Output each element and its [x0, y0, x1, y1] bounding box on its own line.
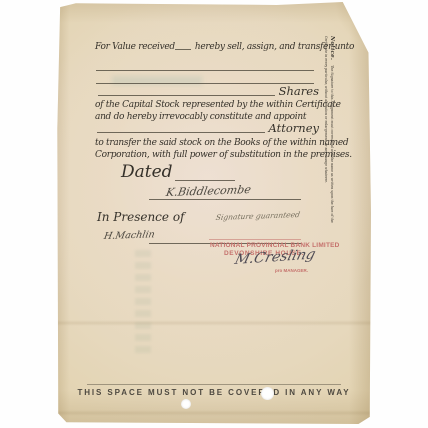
shares-line: Shares — [98, 84, 319, 98]
notice-body: The Signature to this Assignment must co… — [324, 36, 334, 223]
punch-hole — [181, 399, 191, 409]
line-corporation: Corporation, with full power of substitu… — [95, 150, 352, 160]
crease-line — [57, 320, 371, 326]
line-certificate: of the Capital Stock represented by the … — [95, 100, 341, 110]
witness-signature: H.Machlin — [103, 229, 156, 242]
margin-notice: Notice. The Signature to this Assignment… — [318, 36, 335, 232]
blank-rule — [97, 132, 265, 133]
punch-hole — [261, 387, 274, 400]
guarantee-note: Signature guaranteed — [215, 210, 301, 222]
presence-label: In Presence of — [97, 210, 185, 224]
attorney-label: Attorney — [269, 121, 319, 135]
scan-page: { "document_type": "stock-certificate-tr… — [0, 0, 428, 428]
stamp-top-line — [209, 239, 301, 240]
blank-rule — [98, 95, 275, 96]
attorney-line: Attorney — [97, 121, 319, 135]
stamp-bank-line: NATIONAL PROVINCIAL BANK LIMITED — [210, 242, 340, 249]
blank-rule — [96, 70, 314, 71]
value-received-prefix: For Value received — [95, 42, 175, 52]
dated-label: Dated — [121, 162, 173, 182]
footer-caption: THIS SPACE MUST NOT BE COVERED IN ANY WA… — [57, 388, 371, 397]
stamp-manager-line: pro MANAGER. — [275, 268, 308, 273]
holder-signature: K.Biddlecombe — [165, 183, 252, 199]
line-transfer: to transfer the said stock on the Books … — [95, 138, 348, 148]
signature-rule — [149, 199, 301, 200]
notice-title: Notice. — [329, 36, 335, 60]
show-through-ghost — [135, 250, 151, 358]
value-received-line: For Value received hereby sell, assign, … — [95, 42, 319, 52]
certificate-back-paper: For Value received hereby sell, assign, … — [57, 2, 371, 424]
shares-label: Shares — [279, 84, 319, 98]
blank-rule — [175, 49, 191, 50]
crease-line — [57, 410, 371, 416]
footer-rule — [87, 384, 341, 385]
dated-rule — [175, 180, 235, 181]
